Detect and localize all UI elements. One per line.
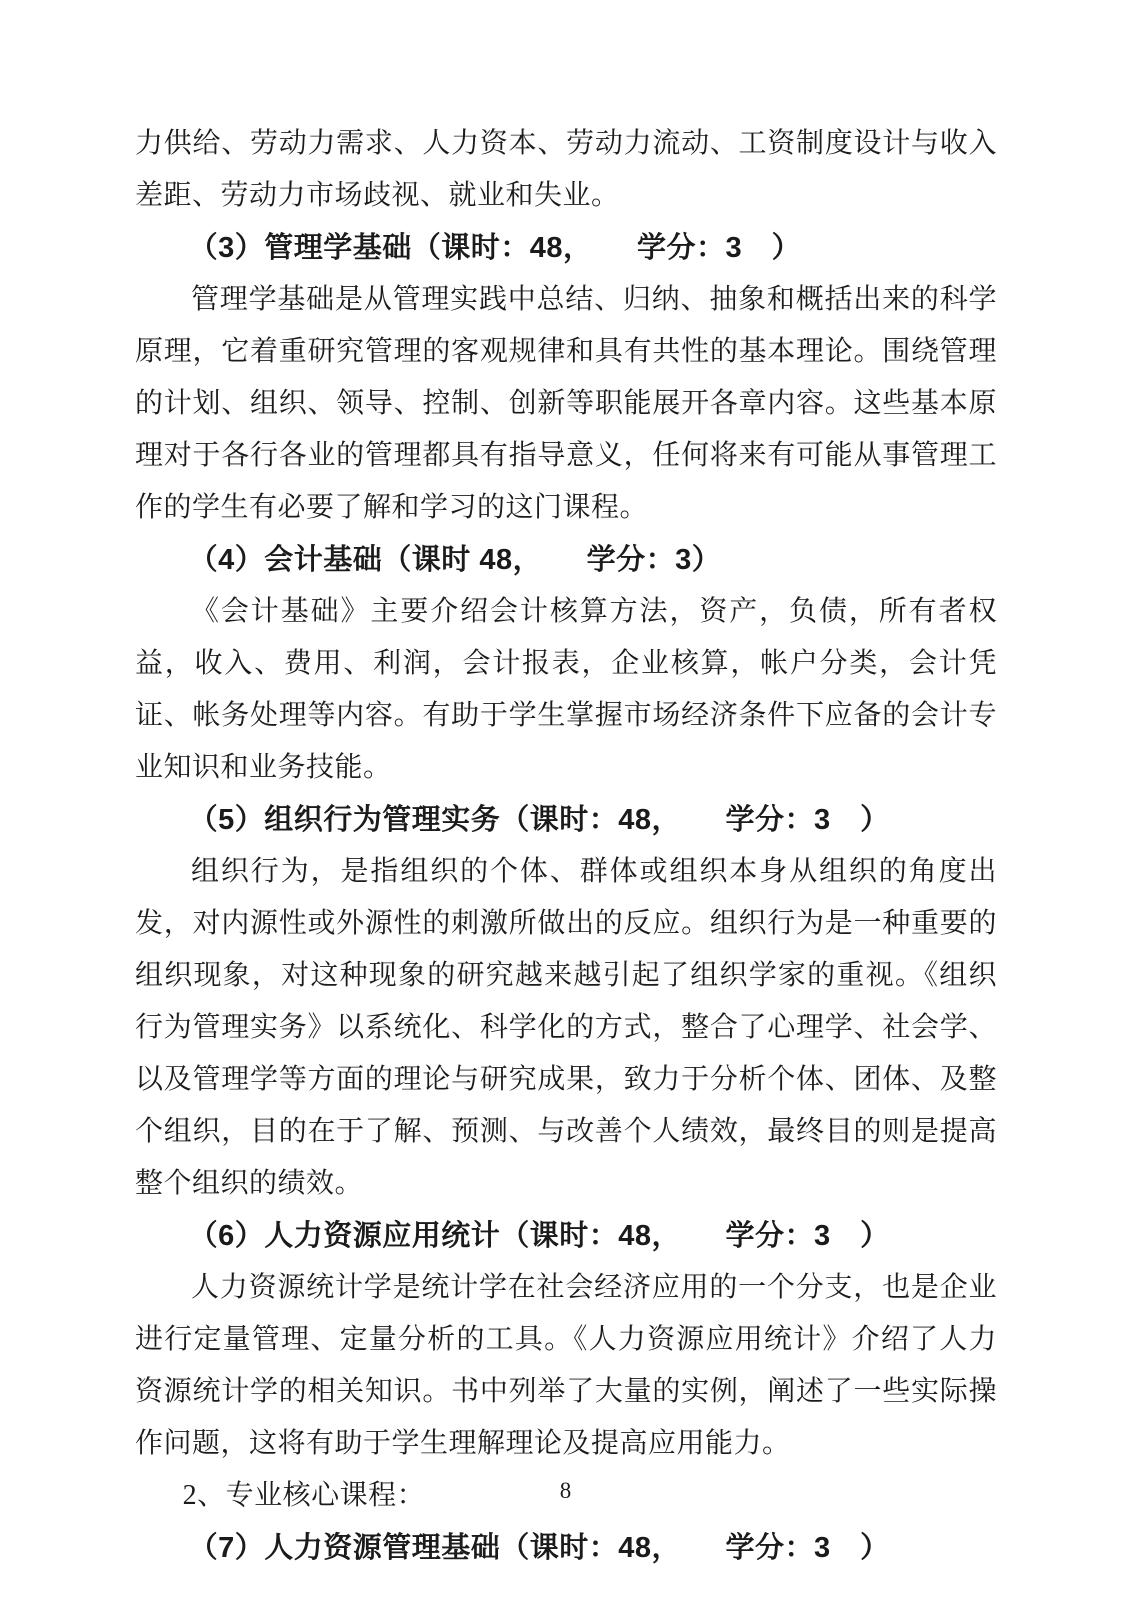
course-paragraph-3-management-basics: 管理学基础是从管理实践中总结、归纳、抽象和概括出来的科学原理，它着重研究管理的客… (135, 274, 997, 534)
continued-paragraph-labor-economics: 力供给、劳动力需求、人力资本、劳动力流动、工资制度设计与收入差距、劳动力市场歧视… (135, 118, 997, 222)
page-number: 8 (0, 1477, 1131, 1505)
course-heading-4-accounting-basics: （4）会计基础（课时 48， 学分：3） (135, 534, 997, 586)
course-paragraph-4-accounting-basics: 《会计基础》主要介绍会计核算方法，资产，负债，所有者权益，收入、费用、利润，会计… (135, 586, 997, 794)
course-heading-3-management-basics: （3）管理学基础（课时：48， 学分：3 ） (135, 222, 997, 274)
course-heading-5-organizational-behavior: （5）组织行为管理实务（课时：48， 学分：3 ） (135, 794, 997, 846)
document-page: 力供给、劳动力需求、人力资本、劳动力流动、工资制度设计与收入差距、劳动力市场歧视… (0, 0, 1131, 1600)
document-content: 力供给、劳动力需求、人力资本、劳动力流动、工资制度设计与收入差距、劳动力市场歧视… (135, 118, 997, 1574)
course-heading-7-hr-management-basics: （7）人力资源管理基础（课时：48， 学分：3 ） (135, 1522, 997, 1574)
course-paragraph-5-organizational-behavior: 组织行为，是指组织的个体、群体或组织本身从组织的角度出发，对内源性或外源性的刺激… (135, 846, 997, 1210)
course-heading-6-hr-applied-statistics: （6）人力资源应用统计（课时：48， 学分：3 ） (135, 1210, 997, 1262)
course-paragraph-6-hr-applied-statistics: 人力资源统计学是统计学在社会经济应用的一个分支，也是企业进行定量管理、定量分析的… (135, 1262, 997, 1470)
